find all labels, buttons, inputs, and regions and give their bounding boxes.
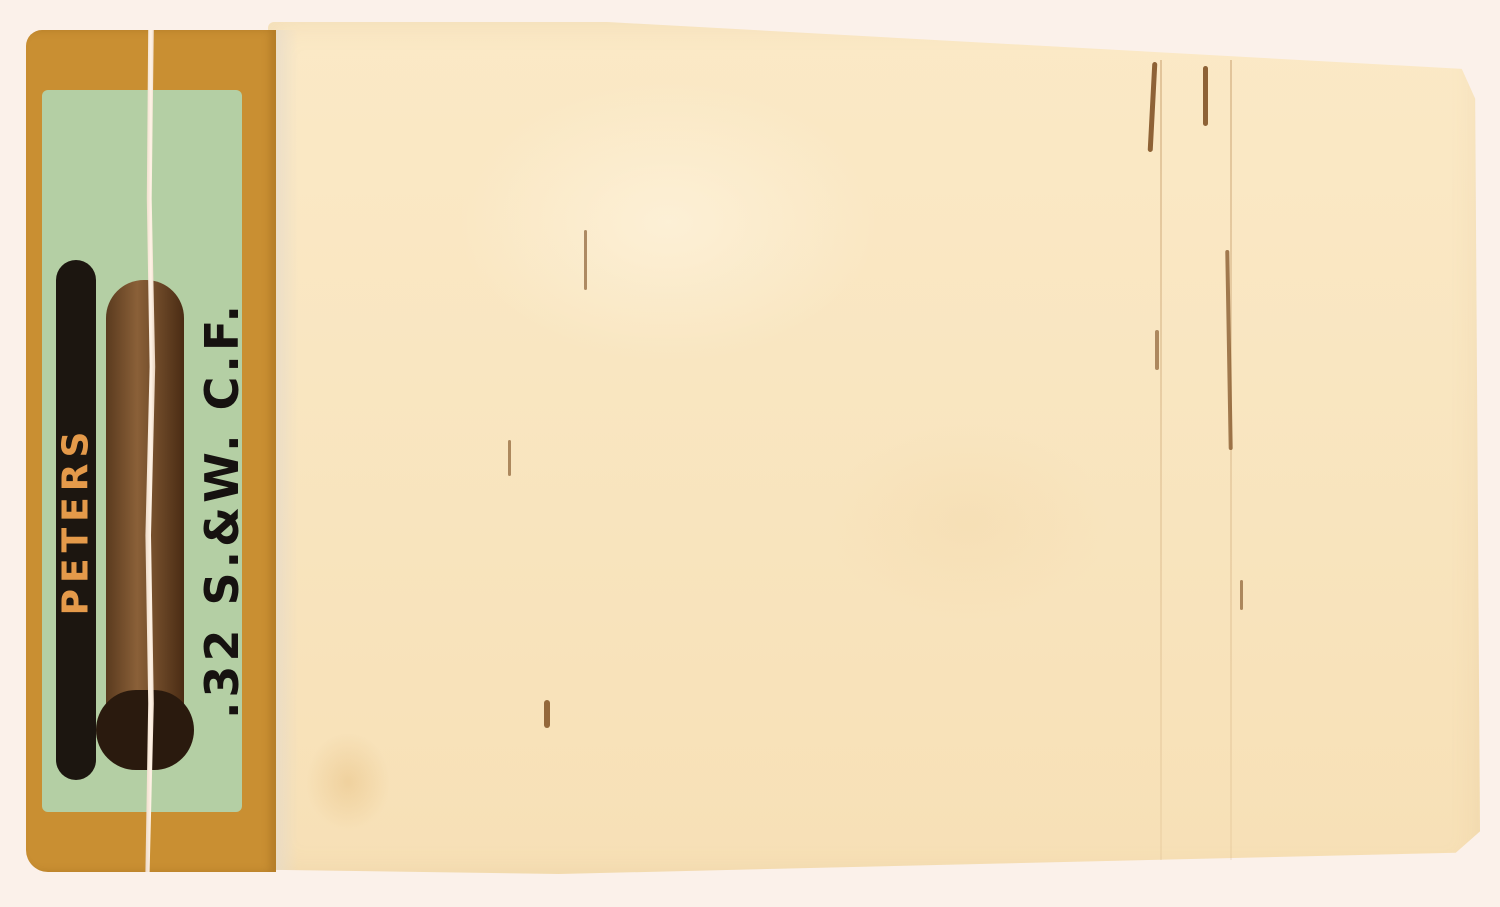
fold-crease (1230, 60, 1232, 860)
photo-scene: PETERS .32 S.&W. C.F. (0, 0, 1500, 907)
caliber-text: .32 S.&W. C.F. (195, 301, 249, 719)
stain-mark (1203, 66, 1208, 126)
fold-crease (1160, 60, 1162, 860)
box-side-panel (268, 22, 1480, 874)
brand-badge: PETERS (56, 260, 96, 780)
box-end-panel: PETERS .32 S.&W. C.F. (26, 30, 276, 872)
stain-mark (508, 440, 511, 476)
cartridge-illustration (106, 280, 184, 760)
end-label: PETERS .32 S.&W. C.F. (42, 90, 242, 812)
stain-mark (1155, 330, 1159, 370)
cartridge-rim-illustration (96, 690, 194, 770)
brand-name: PETERS (56, 425, 97, 615)
stain-mark (1240, 580, 1243, 610)
caliber-label: .32 S.&W. C.F. (192, 170, 252, 850)
stain-mark (584, 230, 587, 290)
stain-mark (544, 700, 550, 728)
